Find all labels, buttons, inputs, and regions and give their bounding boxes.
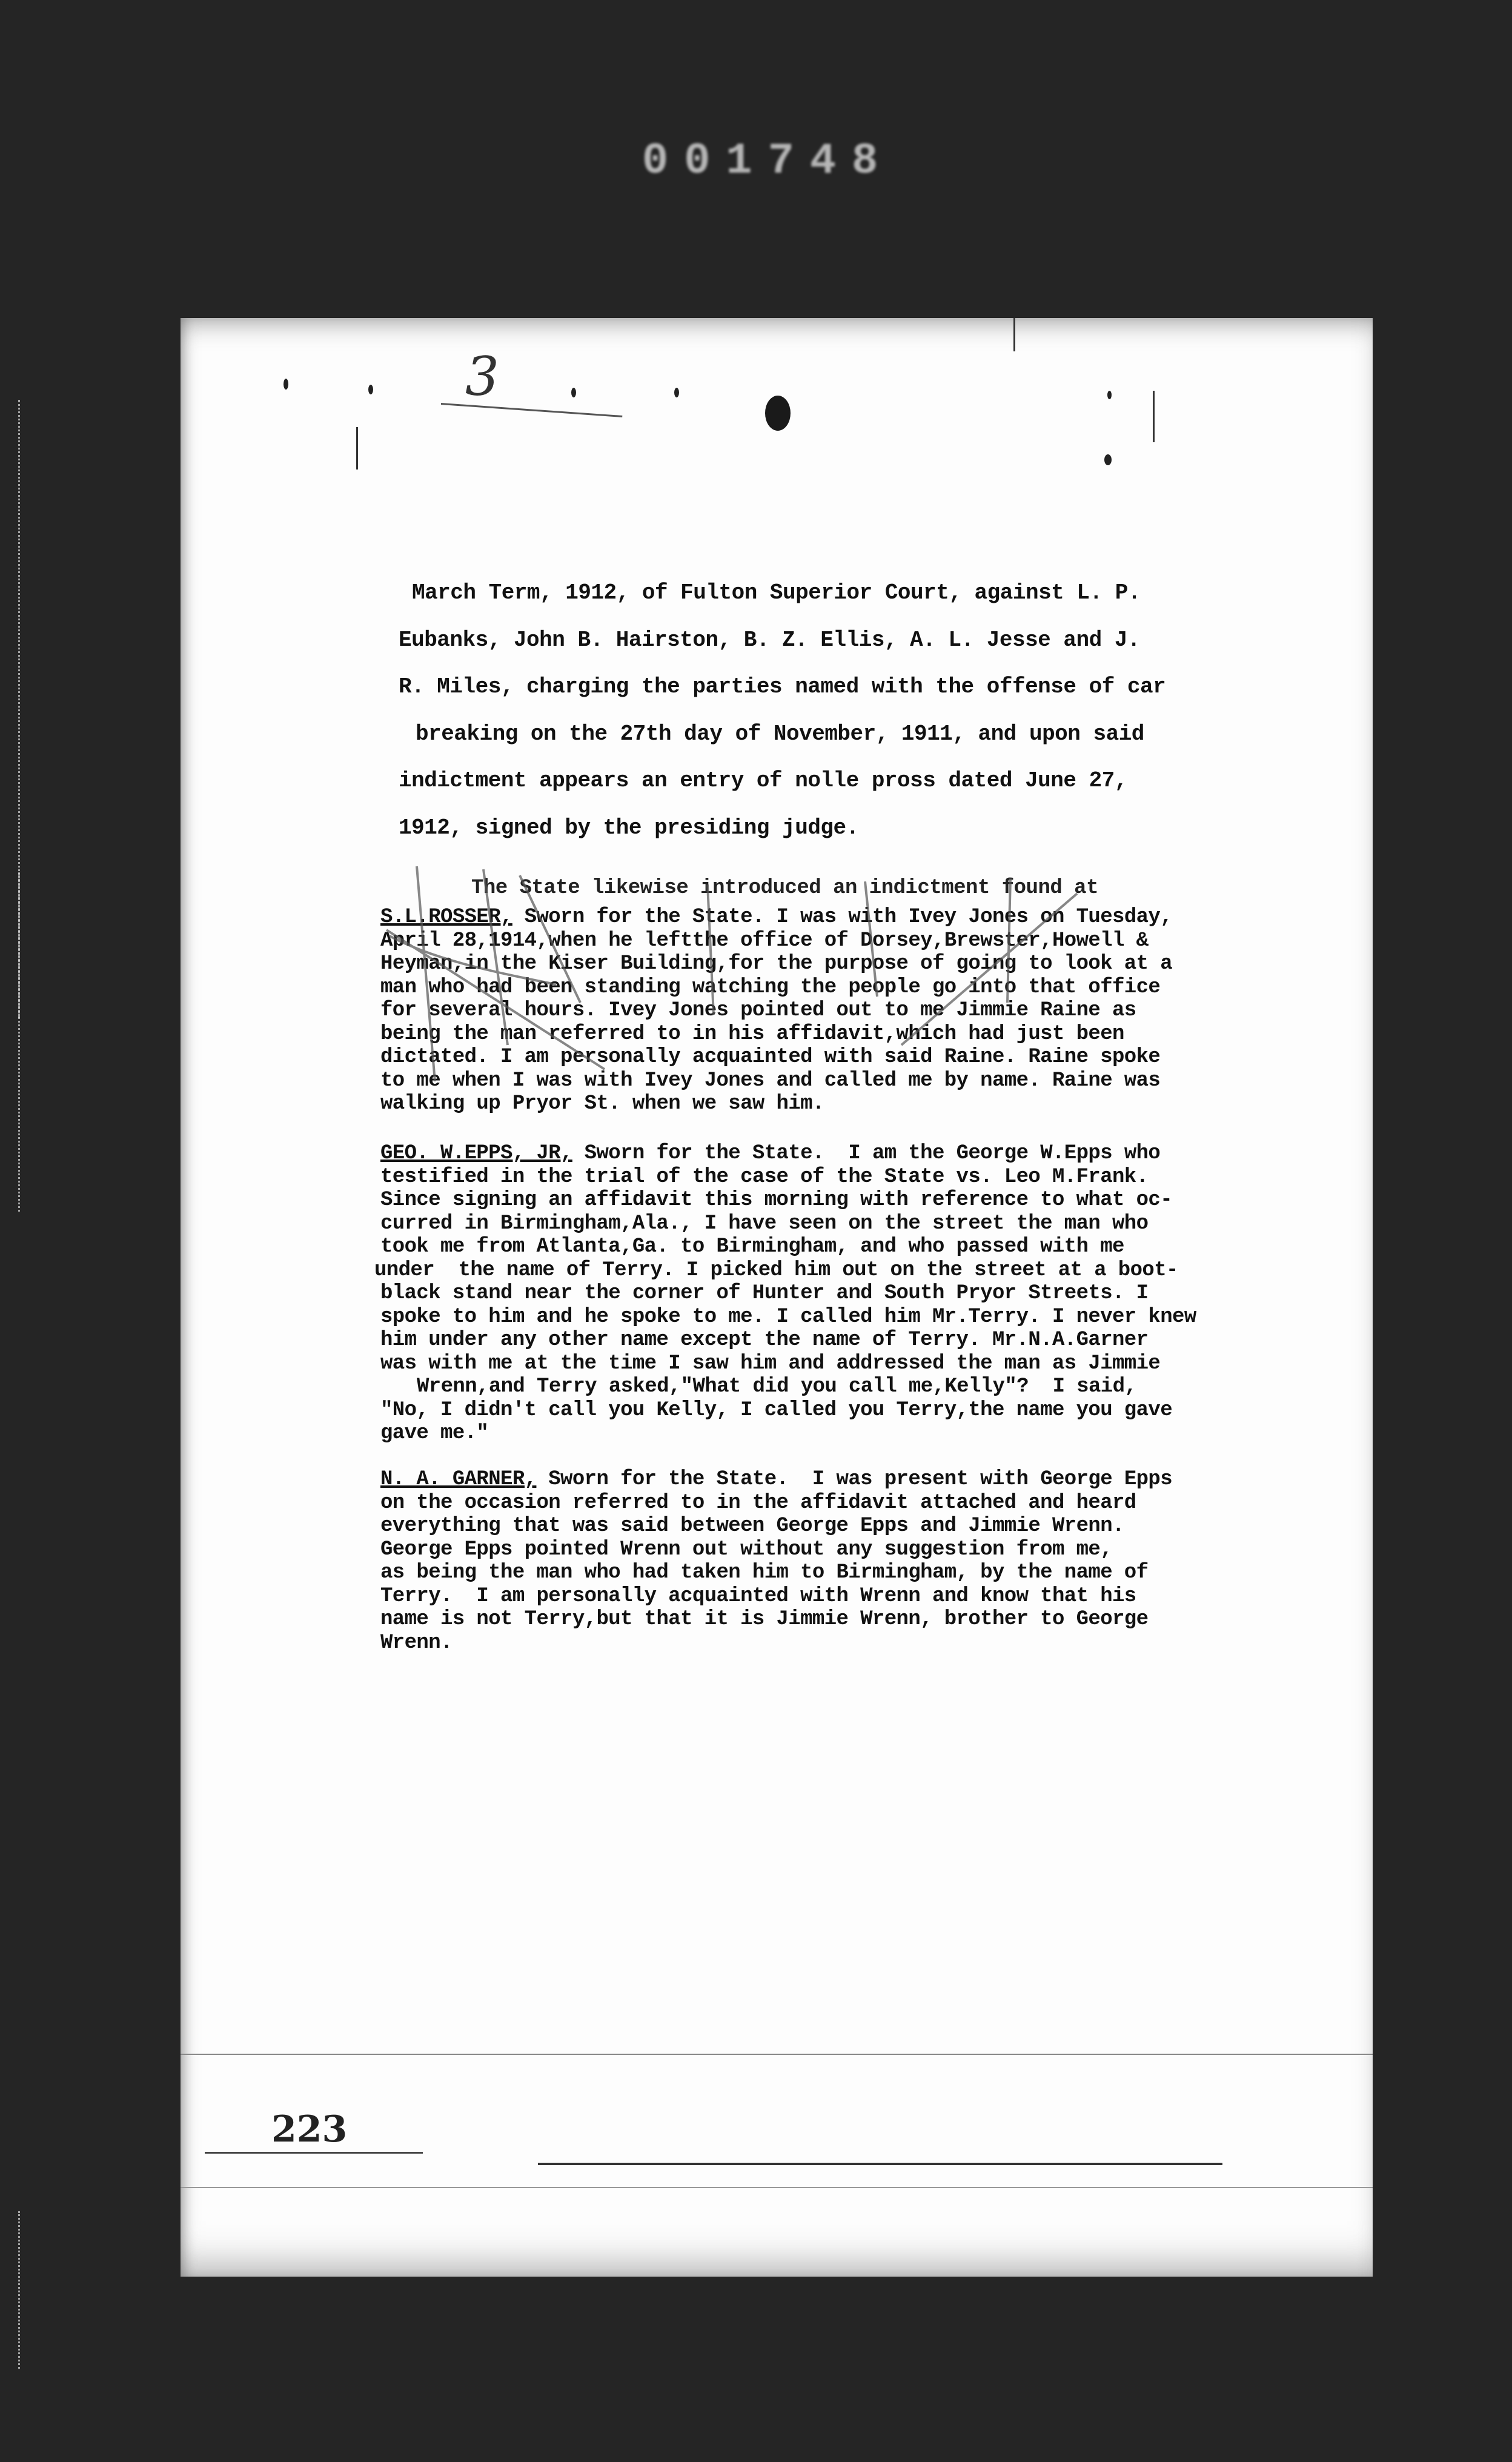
scan-speck xyxy=(368,385,373,394)
film-frame-id: 001748 xyxy=(642,136,894,186)
witness-name: S.L.ROSSER, xyxy=(380,906,512,929)
text-line: breaking on the 27th day of November, 19… xyxy=(399,711,1307,758)
text-line: Heyman,in the Kiser Building,for the pur… xyxy=(380,952,1325,976)
text-line: as being the man who had taken him to Bi… xyxy=(380,1561,1325,1585)
text-line: Since signing an affidavit this morning … xyxy=(380,1189,1325,1212)
text-line: him under any other name except the name… xyxy=(380,1329,1325,1352)
indictment-paragraph: March Term, 1912, of Fulton Superior Cou… xyxy=(399,569,1307,852)
text-line: black stand near the corner of Hunter an… xyxy=(380,1282,1325,1306)
document-page: 3 March Term, 1912, of Fulton Superior C… xyxy=(181,318,1373,2277)
text-line: being the man referred to in his affidav… xyxy=(380,1023,1325,1046)
text-line: March Term, 1912, of Fulton Superior Cou… xyxy=(399,569,1307,617)
text-line: man who had been standing watching the p… xyxy=(380,976,1325,1000)
scan-speck xyxy=(674,388,679,397)
text-line: gave me." xyxy=(380,1422,1325,1445)
text-line: to me when I was with Ivey Jones and cal… xyxy=(380,1069,1325,1093)
scan-mark xyxy=(1013,318,1015,351)
text-line: Sworn for the State. I was with Ivey Jon… xyxy=(512,906,1172,929)
text-line: under the name of Terry. I picked him ou… xyxy=(374,1259,1325,1282)
text-line: indictment appears an entry of nolle pro… xyxy=(399,757,1307,805)
rosser-affidavit: S.L.ROSSER, Sworn for the State. I was w… xyxy=(380,906,1325,1116)
witness-name: N. A. GARNER, xyxy=(380,1468,536,1491)
scan-rule xyxy=(181,2054,1373,2055)
text-line: Eubanks, John B. Hairston, B. Z. Ellis, … xyxy=(399,617,1307,664)
text-line: took me from Atlanta,Ga. to Birmingham, … xyxy=(380,1235,1325,1259)
text-line: Wrenn,and Terry asked,"What did you call… xyxy=(380,1375,1325,1399)
text-line: for several hours. Ivey Jones pointed ou… xyxy=(380,999,1325,1023)
text-line: walking up Pryor St. when we saw him. xyxy=(380,1092,1325,1116)
text-line: everything that was said between George … xyxy=(380,1515,1325,1538)
scan-rule xyxy=(205,2152,423,2154)
film-edge-perforation xyxy=(18,2211,33,2369)
text-line: Wrenn. xyxy=(380,1631,1325,1655)
text-line: name is not Terry,but that it is Jimmie … xyxy=(380,1608,1325,1631)
scan-mark xyxy=(356,427,358,470)
text-line: "No, I didn't call you Kelly, I called y… xyxy=(380,1399,1325,1422)
text-line: Sworn for the State. I was present with … xyxy=(536,1468,1172,1491)
intro-line: The State likewise introduced an indictm… xyxy=(471,877,1098,900)
text-line: dictated. I am personally acquainted wit… xyxy=(380,1046,1325,1069)
text-line: April 28,1914,when he leftthe office of … xyxy=(380,929,1325,953)
text-line: spoke to him and he spoke to me. I calle… xyxy=(380,1306,1325,1329)
text-line: Sworn for the State. I am the George W.E… xyxy=(572,1142,1160,1165)
scan-mark xyxy=(1153,391,1155,442)
text-line: testified in the trial of the case of th… xyxy=(380,1166,1325,1189)
page-number: 223 xyxy=(271,2108,347,2151)
text-line: George Epps pointed Wrenn out without an… xyxy=(380,1538,1325,1562)
text-line: Terry. I am personally acquainted with W… xyxy=(380,1585,1325,1608)
scan-speck xyxy=(1104,454,1112,465)
scan-speck xyxy=(571,388,576,397)
text-line: 1912, signed by the presiding judge. xyxy=(399,805,1307,852)
text-line: R. Miles, charging the parties named wit… xyxy=(399,663,1307,711)
scan-rule xyxy=(181,2187,1373,2188)
text-line: on the occasion referred to in the affid… xyxy=(380,1491,1325,1515)
text-line: was with me at the time I saw him and ad… xyxy=(380,1352,1325,1376)
epps-affidavit: GEO. W.EPPS, JR, Sworn for the State. I … xyxy=(380,1142,1325,1445)
text-line: curred in Birmingham,Ala., I have seen o… xyxy=(380,1212,1325,1236)
scan-speck xyxy=(1107,391,1112,399)
film-edge-perforation xyxy=(18,872,33,1212)
handwritten-underline xyxy=(441,403,622,417)
garner-affidavit: N. A. GARNER, Sworn for the State. I was… xyxy=(380,1468,1325,1654)
handwritten-page-marker: 3 xyxy=(465,345,499,408)
ink-blot xyxy=(765,396,791,431)
scan-speck xyxy=(283,379,288,390)
scan-rule xyxy=(538,2163,1222,2165)
witness-name: GEO. W.EPPS, JR, xyxy=(380,1142,572,1165)
